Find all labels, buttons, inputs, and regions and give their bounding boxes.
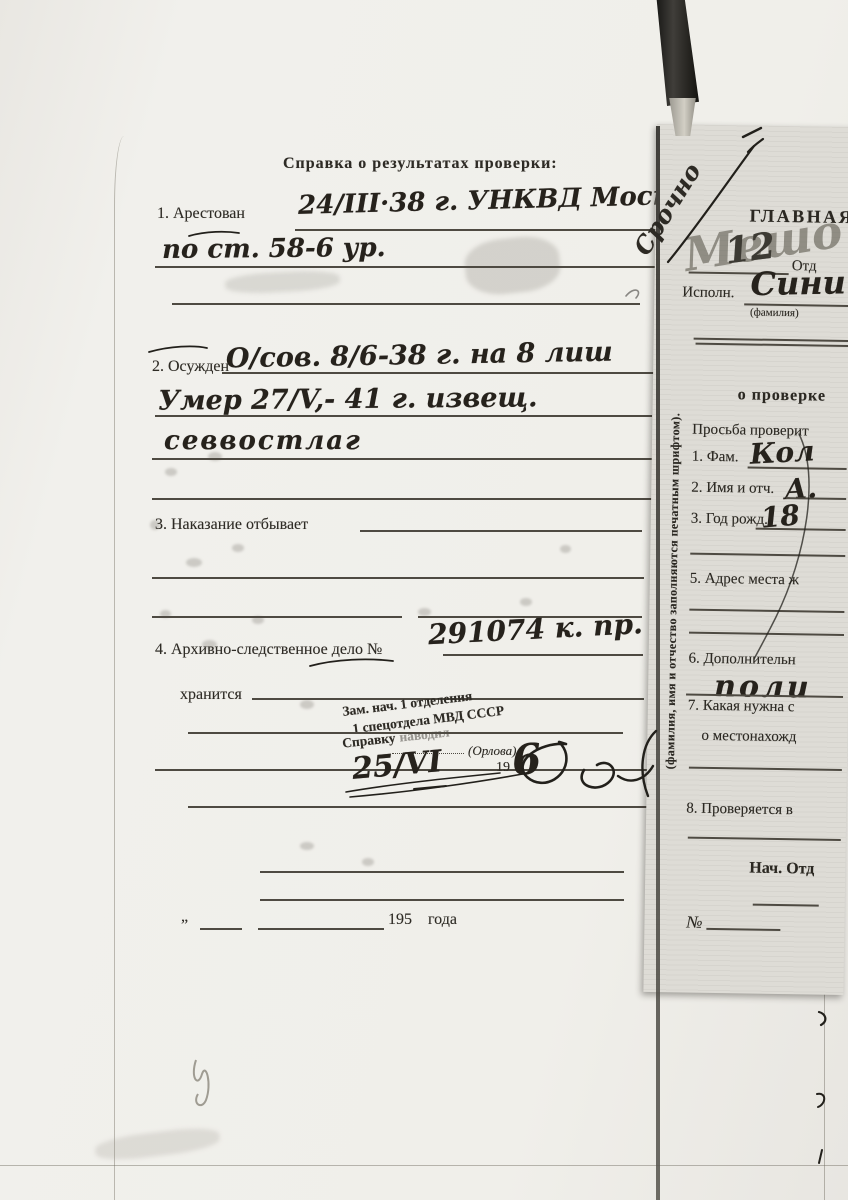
pencil-squiggle [194, 1060, 209, 1105]
stamp-text-faded: наводил [399, 724, 451, 744]
page-seam-shadow [656, 126, 660, 1200]
field-label-needed-info: 7. Какая нужна с [688, 698, 795, 717]
ruled-line [172, 303, 640, 305]
footer-year: 195 [388, 911, 412, 929]
field-label-surname: 1. Фам. [692, 449, 739, 467]
faint-line [0, 1165, 848, 1166]
field-label-case-file: 4. Архивно-следственное дело № [155, 641, 382, 659]
field-label-arrested: 1. Арестован [157, 205, 245, 223]
request-form-page: ГЛАВНАЯ Мешо 12 Отд Исполн. Сини (фамили… [643, 124, 848, 995]
field-label-stored: хранится [180, 686, 242, 704]
number-label: № [686, 913, 702, 933]
ruled-line [222, 372, 658, 374]
handwritten-camp-name: севвостлаг [164, 426, 362, 456]
ruled-line [694, 338, 848, 342]
ruled-line [295, 229, 657, 231]
ruled-line [443, 654, 643, 656]
nach-label: Нач. Отд [749, 860, 814, 879]
footer-open-quote: „ [181, 908, 188, 926]
ispoln-label: Исполн. [682, 284, 734, 302]
field-label-whereabouts: о местонахожд [701, 728, 796, 746]
ruled-line [260, 871, 624, 873]
handwritten-case-number: 291074 к. пр. с [427, 606, 670, 652]
ruled-line [155, 415, 652, 417]
field-label-address: 5. Адрес места ж [690, 571, 799, 590]
handwritten-surname: Кол [749, 434, 815, 470]
handwritten-sentence: О/сов. 8/6-38 г. на 8 лиш [226, 337, 613, 375]
familia-note: (фамилия) [750, 306, 799, 319]
section-title: о проверке [738, 386, 827, 405]
handwritten-death-note: Умер 27/V,- 41 г. извещ. [158, 382, 538, 416]
printed-year-prefix: 19 [496, 760, 510, 776]
ruled-line [753, 904, 819, 907]
scanned-archive-document: Справка о результатах проверки: 1. Арест… [0, 0, 848, 1200]
ruled-line [689, 632, 844, 636]
ruled-line [690, 553, 845, 557]
ruled-line [188, 732, 623, 734]
field-label-serving: 3. Наказание отбывает [155, 516, 308, 534]
ruled-line [688, 837, 841, 841]
handwritten-executor-name: Сини [750, 263, 846, 303]
edge-ink-mark [819, 1150, 822, 1163]
ruled-line [258, 928, 384, 930]
handwritten-date: 25/VI [351, 744, 444, 787]
page-title: Справка о результатах проверки: [283, 155, 558, 173]
field-label-birthyear: 3. Год рожд. [691, 511, 768, 529]
field-label-additional: 6. Дополнительн [688, 651, 795, 670]
ruled-line [200, 928, 242, 930]
field-label-name: 2. Имя и отч. [691, 480, 774, 498]
field-label-convicted: 2. Осужден [152, 358, 229, 376]
date-dash [414, 786, 446, 789]
field-label-checked: 8. Проверяется в [686, 801, 793, 820]
ruled-line [689, 609, 844, 613]
ruled-line [188, 806, 656, 808]
overline-flourish [149, 346, 207, 352]
pencil-body [652, 0, 699, 106]
signature-stroke [582, 763, 614, 788]
ruled-line [155, 266, 657, 268]
edge-ink-mark [626, 290, 639, 298]
ruled-line [152, 616, 402, 618]
underline-flourish [310, 659, 393, 666]
page-left-edge [114, 136, 125, 1200]
footer-year-word: года [428, 911, 457, 929]
ruled-line [696, 343, 848, 347]
vertical-instruction-note: (фамилия, имя и отчество заполняются печ… [663, 329, 685, 769]
handwritten-article: по ст. 58-6 ур. [162, 233, 386, 265]
ruled-line [152, 577, 644, 579]
ruled-line [706, 928, 780, 931]
handwritten-arrest-date: 24/III·38 г. УНКВД Моск [298, 181, 671, 221]
stamp-signatory-name: (Орлова) [468, 743, 516, 759]
ruled-line [360, 530, 642, 532]
ruled-line [689, 767, 842, 771]
ruled-line [152, 458, 652, 460]
ruled-line [260, 899, 624, 901]
ruled-line [152, 498, 652, 500]
handwritten-year-digit: 6 [510, 734, 543, 785]
bleedthrough-smudge [225, 269, 341, 295]
